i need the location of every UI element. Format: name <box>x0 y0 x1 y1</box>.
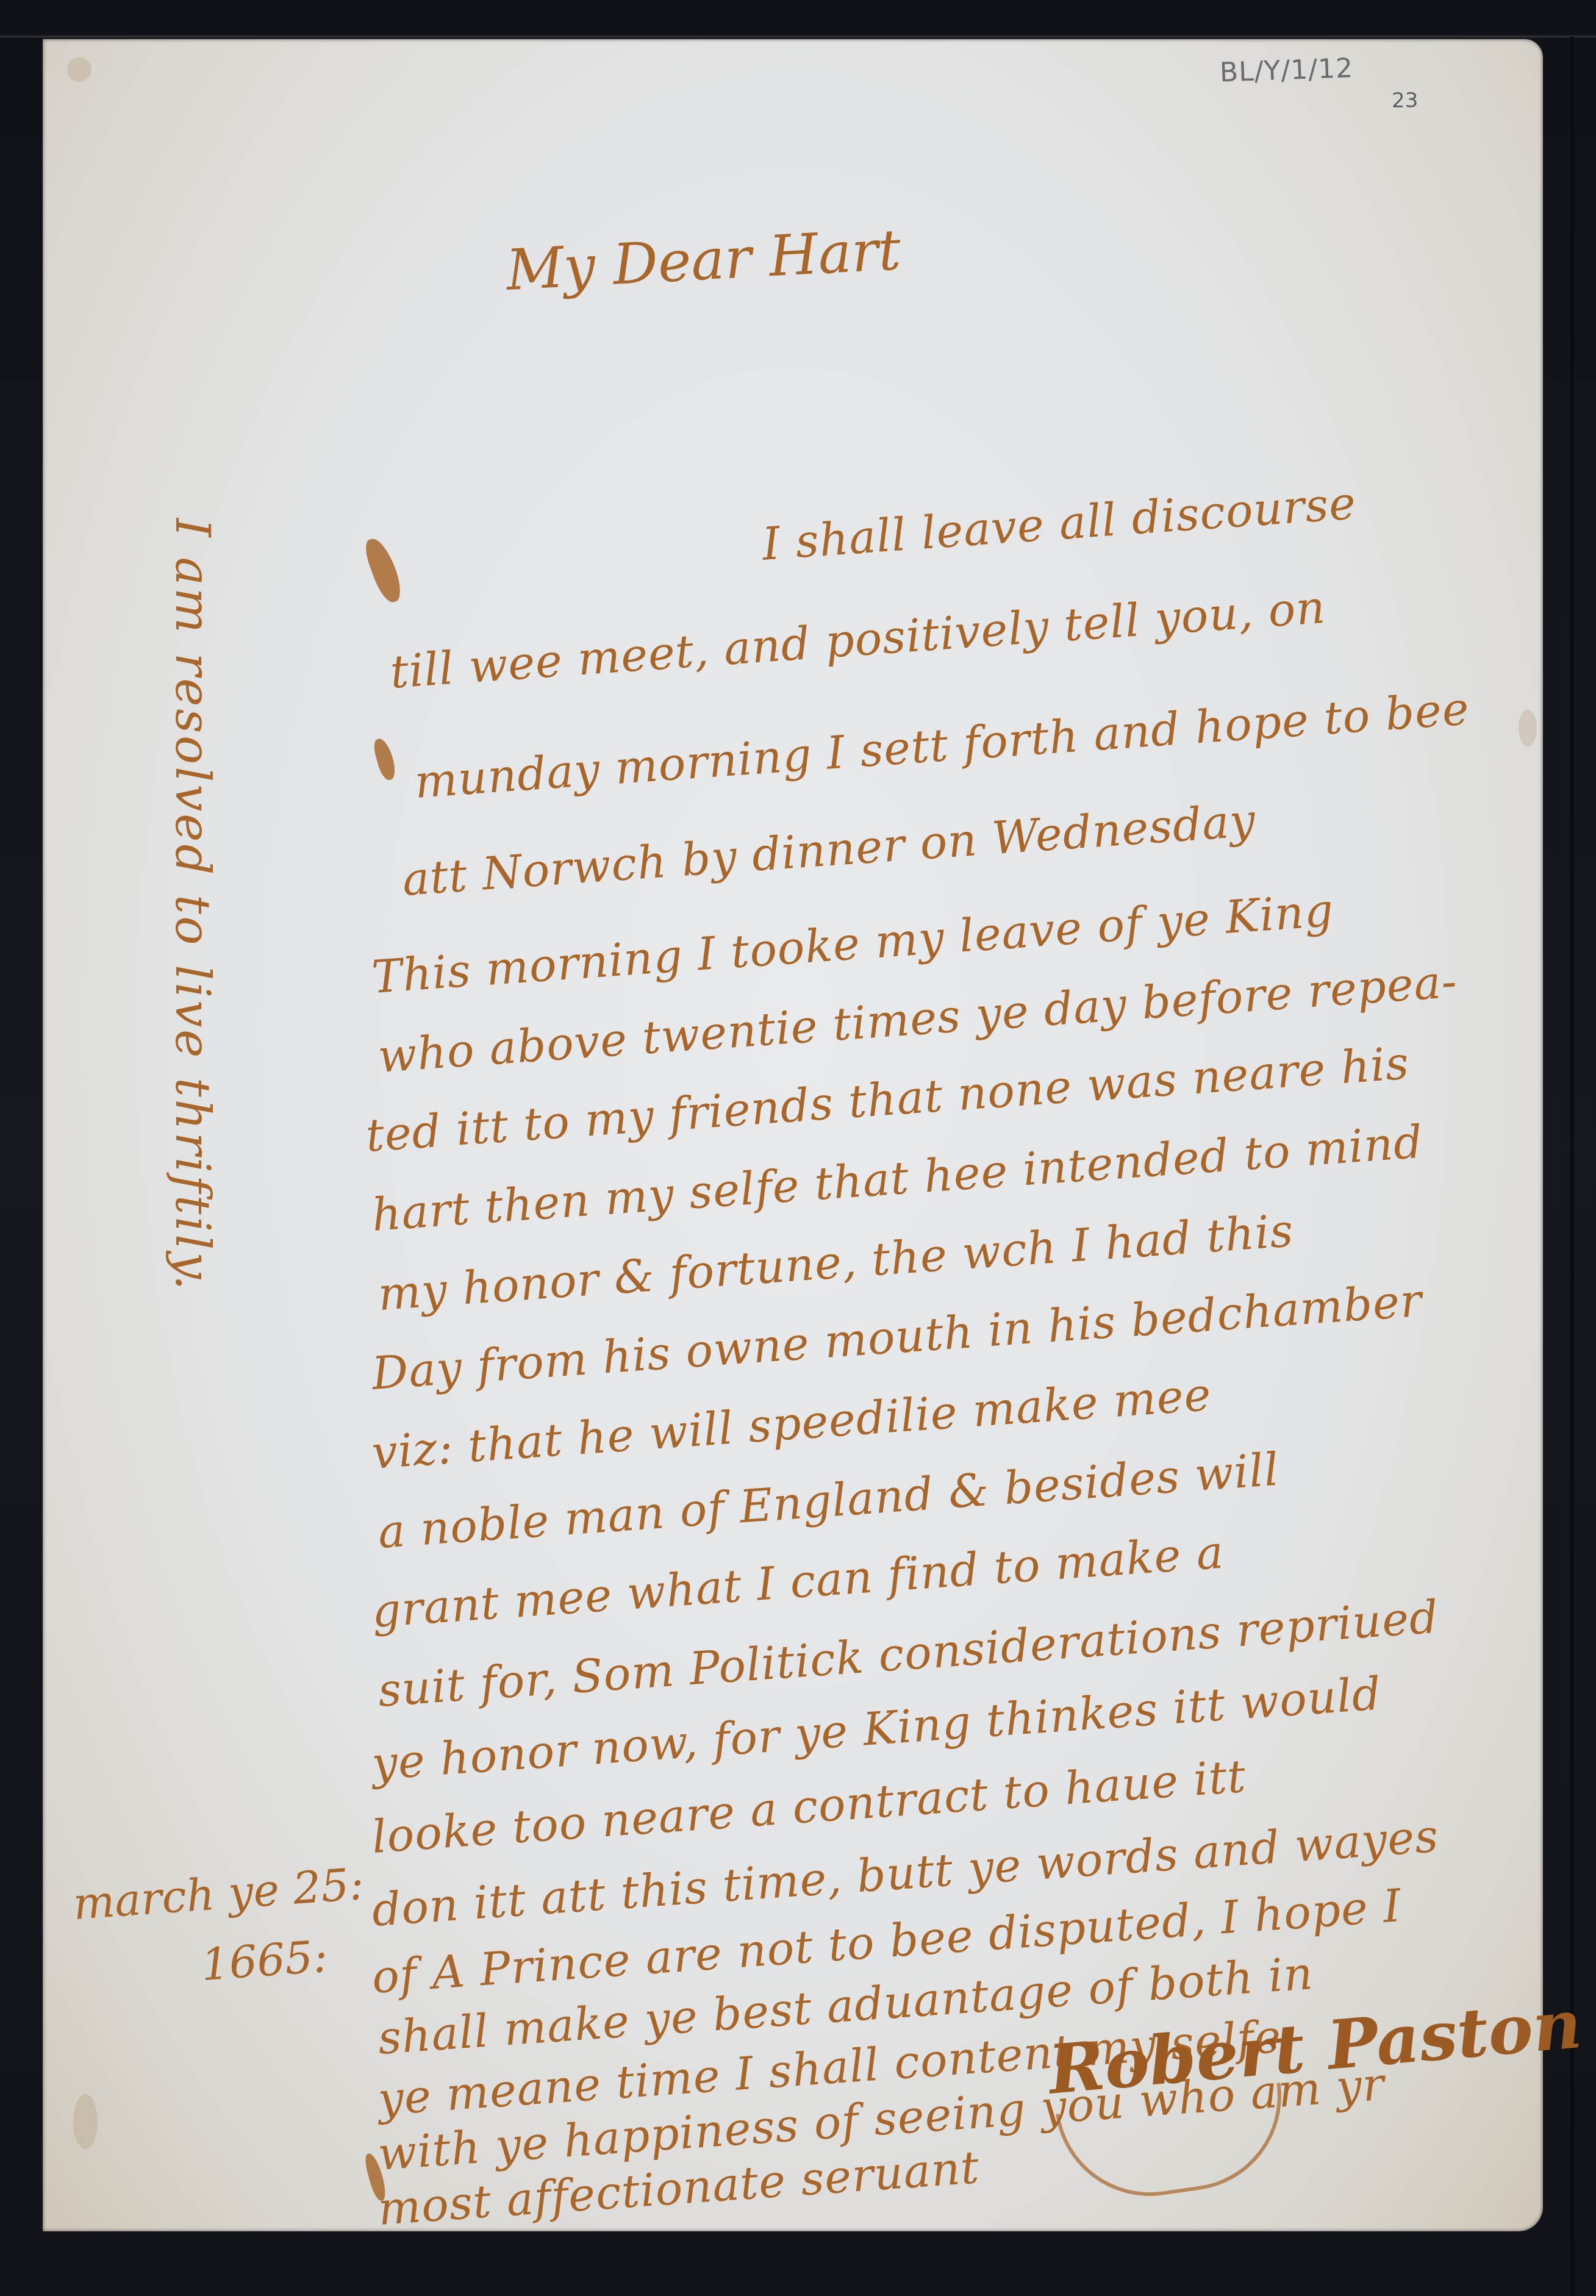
backdrop-seam <box>0 35 1596 38</box>
margin-note: I am resolved to live thriftily. <box>165 518 220 1293</box>
date-year: 1665: <box>199 1931 329 1990</box>
folio-number: 23 <box>1392 88 1418 113</box>
paper-stain <box>73 2094 98 2149</box>
backdrop-seam <box>1570 37 1574 2296</box>
paper-stain <box>1519 710 1537 746</box>
paper-stain <box>67 57 91 82</box>
archive-reference: BL/Y/1/12 <box>1219 52 1354 88</box>
